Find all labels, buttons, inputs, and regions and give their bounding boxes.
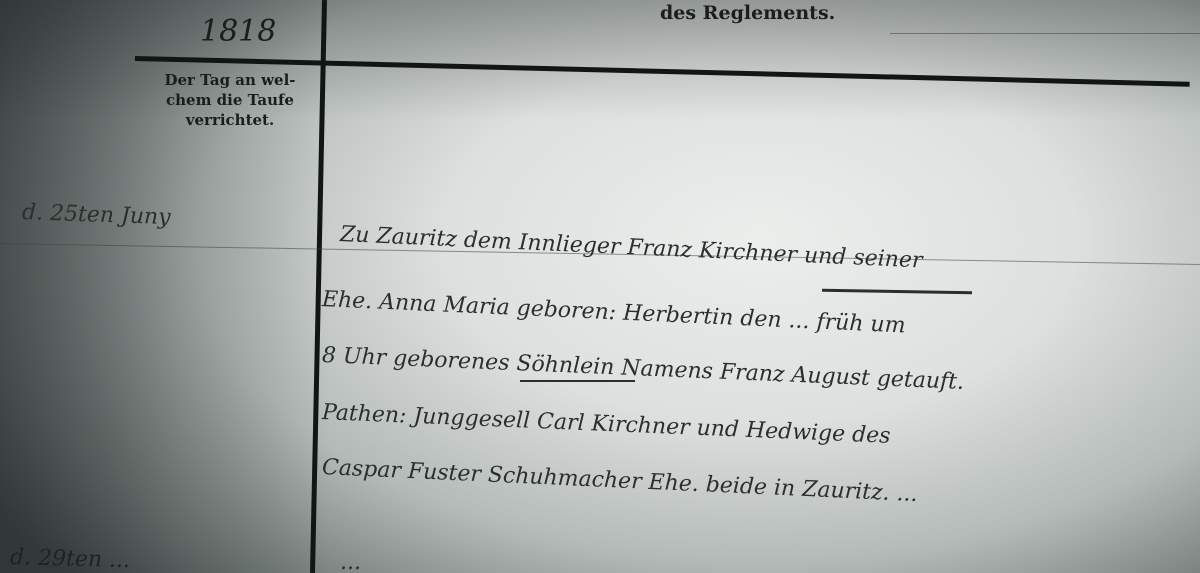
entry-line-5: Caspar Fuster Schuhmacher Ehe. beide in … bbox=[321, 455, 918, 507]
entry-date-next: d. 29ten ... bbox=[10, 545, 131, 573]
year-label: 1818 bbox=[200, 14, 276, 49]
header-reglements: des Reglements. bbox=[660, 2, 835, 24]
underline-child bbox=[520, 380, 635, 382]
entry-line-4: Pathen: Junggesell Carl Kirchner und Hed… bbox=[321, 400, 891, 449]
column-header-baptism-day: Der Tag an wel- chem die Taufe verrichte… bbox=[140, 70, 320, 130]
entry-line-3: 8 Uhr geborenes Söhnlein Namens Franz Au… bbox=[321, 343, 964, 395]
register-page: 1818 des Reglements. Der Tag an wel- che… bbox=[0, 0, 1200, 573]
entry-line-2: Ehe. Anna Maria geboren: Herbertin den .… bbox=[321, 287, 906, 338]
entry-next-line-1: ... bbox=[340, 550, 361, 573]
column-header-line-1: Der Tag an wel- bbox=[140, 70, 320, 90]
entry-line-1: Zu Zauritz dem Innlieger Franz Kirchner … bbox=[339, 222, 923, 273]
column-header-line-2: chem die Taufe bbox=[140, 90, 320, 110]
underline-surname bbox=[822, 289, 972, 295]
top-faint-rule bbox=[890, 33, 1200, 34]
column-header-line-3: verrichtet. bbox=[140, 110, 320, 130]
entry-date: d. 25ten Juny bbox=[22, 200, 171, 230]
